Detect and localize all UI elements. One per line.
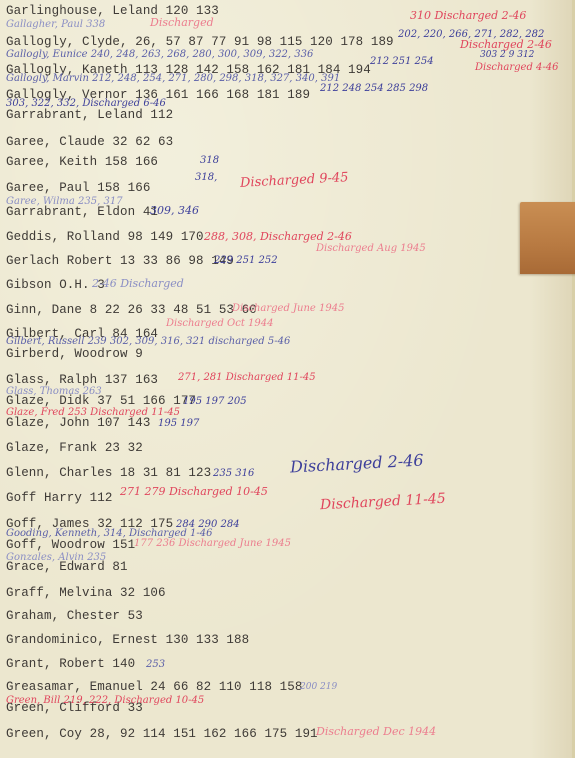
handwritten-annotation: 2-46 Discharged (92, 277, 184, 290)
handwritten-annotation: 235 316 (213, 467, 254, 480)
handwritten-annotation: 271 279 Discharged 10-45 (120, 485, 268, 498)
roster-entry: Gallogly, Clyde, 26, 57 87 77 91 98 115 … (6, 35, 394, 49)
roster-entry: Green, Coy 28, 92 114 151 162 166 175 19… (6, 727, 318, 741)
handwritten-annotation: 195 197 205 (183, 395, 247, 408)
handwritten-annotation: 212 251 254 (370, 55, 434, 68)
handwritten-annotation: Discharged 2-46 (290, 454, 424, 474)
handwritten-annotation: Gonzales, Alvin 235 (6, 551, 106, 564)
handwritten-annotation: 303, 322, 332, Discharged 6-46 (6, 97, 166, 110)
roster-entry: Garee, Paul 158 166 (6, 181, 150, 195)
roster-entry: Garee, Claude 32 62 63 (6, 135, 173, 149)
roster-entry: Garrabrant, Leland 112 (6, 108, 173, 122)
roster-entry: Graham, Chester 53 (6, 609, 143, 623)
handwritten-annotation: Discharged (150, 16, 214, 29)
handwritten-annotation: 177 236 Discharged June 1945 (134, 537, 291, 550)
handwritten-annotation: Discharged Oct 1944 (166, 317, 273, 330)
handwritten-annotation: 212 248 254 285 298 (320, 82, 428, 95)
roster-entry: Glenn, Charles 18 31 81 123 (6, 466, 211, 480)
roster-entry: Garee, Keith 158 166 (6, 155, 158, 169)
handwritten-annotation: Gallogly, Eunice 240, 248, 263, 268, 280… (6, 48, 313, 61)
handwritten-annotation: 195 197 (158, 417, 199, 430)
handwritten-annotation: Green, Bill 219, 222, Discharged 10-45 (6, 694, 204, 707)
handwritten-annotation: Discharged June 1945 (232, 302, 344, 315)
handwritten-annotation: Gilbert, Russell 239 302, 309, 316, 321 … (6, 335, 290, 348)
handwritten-annotation: Gallogly, Marvin 212, 248, 254, 271, 280… (6, 72, 340, 85)
handwritten-annotation: 318, (195, 171, 217, 184)
handwritten-annotation: Discharged 9-45 (240, 171, 349, 190)
document-page: Garlinghouse, Leland 120 133Gallogly, Cl… (0, 0, 575, 758)
roster-entry: Geddis, Rolland 98 149 170 (6, 230, 204, 244)
roster-entry: Goff Harry 112 (6, 491, 112, 505)
handwritten-annotation: Discharged 4-46 (475, 61, 559, 74)
roster-entry: Grandominico, Ernest 130 133 188 (6, 633, 249, 647)
roster-entry: Goff, Woodrow 151 (6, 538, 135, 552)
handwritten-annotation: 318 (200, 154, 219, 167)
roster-entry: Girberd, Woodrow 9 (6, 347, 143, 361)
handwritten-annotation: 310 Discharged 2-46 (410, 9, 526, 22)
roster-entry: Gerlach Robert 13 33 86 98 149 (6, 254, 234, 268)
roster-entry: Glaze, Frank 23 32 (6, 441, 143, 455)
handwritten-annotation: Gallagher, Paul 338 (6, 18, 105, 31)
handwritten-annotation: 253 (146, 658, 165, 671)
handwritten-annotation: Glass, Thomas 263 (6, 385, 102, 398)
handwritten-annotation: 200 219 (300, 681, 337, 694)
handwritten-annotation: Garee, Wilma 235, 317 (6, 195, 123, 208)
handwritten-annotation: 309, 346 (150, 204, 199, 217)
handwritten-annotation: Discharged Dec 1944 (316, 725, 436, 738)
tape-strip (520, 202, 575, 274)
roster-entry: Ginn, Dane 8 22 26 33 48 51 53 60 (6, 303, 257, 317)
roster-entry: Greasamar, Emanuel 24 66 82 110 118 158 (6, 680, 302, 694)
handwritten-annotation: 229 251 252 (214, 254, 278, 267)
roster-entry: Grant, Robert 140 (6, 657, 135, 671)
roster-entry: Gibson O.H. 3 (6, 278, 105, 292)
handwritten-annotation: Discharged 11-45 (320, 493, 446, 513)
handwritten-annotation: Discharged Aug 1945 (316, 242, 426, 255)
handwritten-annotation: Glaze, Fred 253 Discharged 11-45 (6, 406, 180, 419)
handwritten-annotation: 271, 281 Discharged 11-45 (178, 371, 316, 384)
roster-entry: Graff, Melvina 32 106 (6, 586, 166, 600)
